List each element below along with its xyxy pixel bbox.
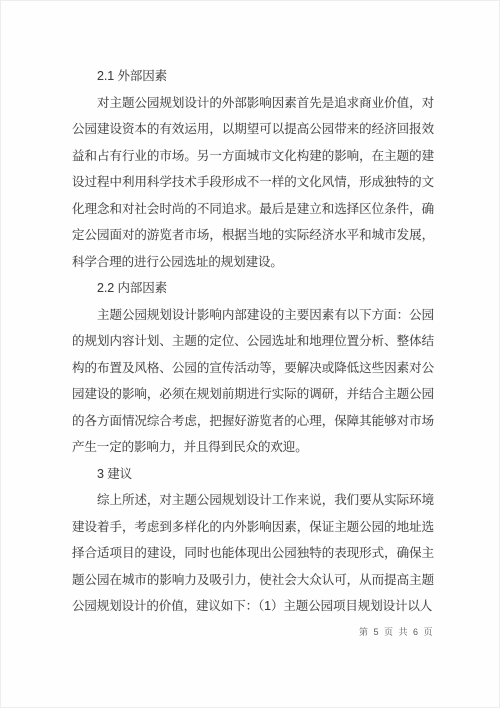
- page-number-indicator: 第 5 页 共 6 页: [72, 625, 434, 639]
- section-heading-suggestions: 3 建议: [72, 461, 434, 488]
- section-heading-internal-factors: 2.2 内部因素: [72, 275, 434, 302]
- section-heading-external-factors: 2.1 外部因素: [72, 63, 434, 90]
- paragraph-suggestions: 综上所述，对主题公园规划设计工作来说，我们要从实际环境建设着手，考虑到多样化的内…: [72, 487, 434, 620]
- paragraph-external-factors: 对主题公园规划设计的外部影响因素首先是追求商业价值，对公园建设资本的有效运用，以…: [72, 90, 434, 276]
- document-page: 2.1 外部因素 对主题公园规划设计的外部影响因素首先是追求商业价值，对公园建设…: [0, 0, 500, 708]
- paragraph-internal-factors: 主题公园规划设计影响内部建设的主要因素有以下方面：公园的规划内容计划、主题的定位…: [72, 302, 434, 461]
- page-content: 2.1 外部因素 对主题公园规划设计的外部影响因素首先是追求商业价值，对公园建设…: [72, 1, 434, 639]
